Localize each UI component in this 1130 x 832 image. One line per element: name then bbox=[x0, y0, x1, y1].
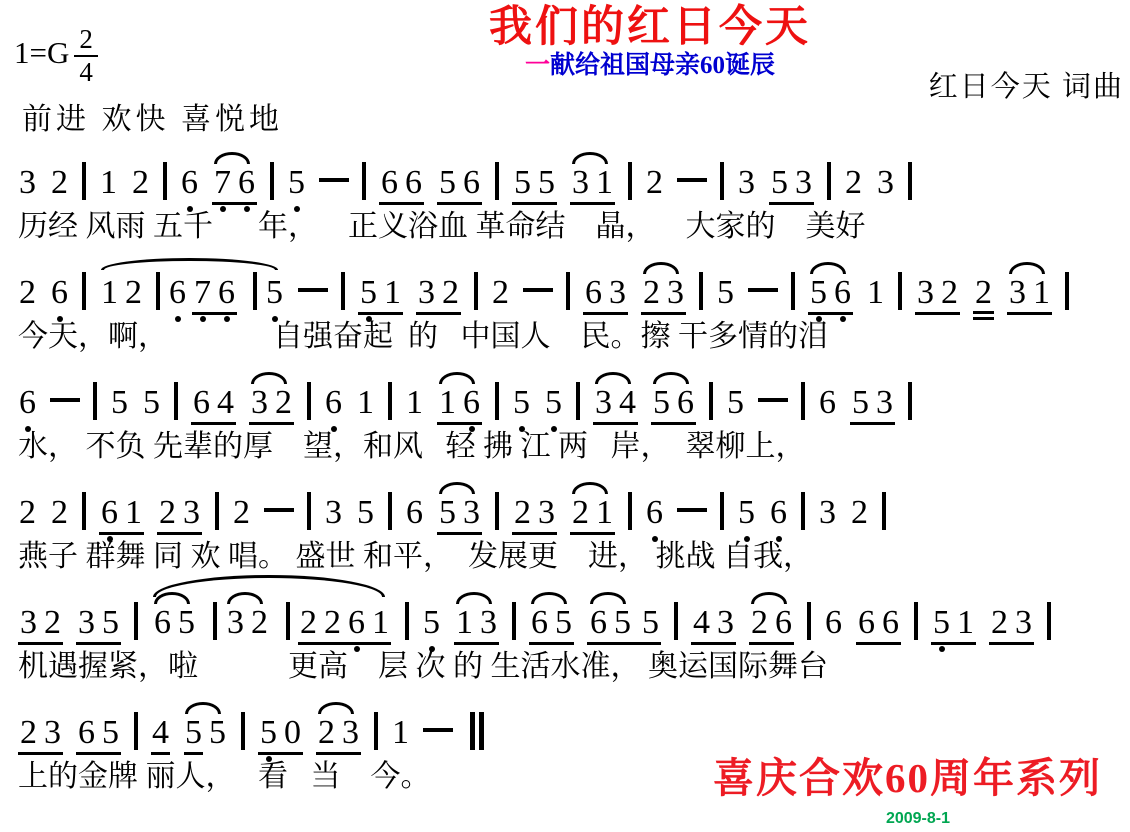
series-title: 喜庆合欢60周年系列 bbox=[713, 745, 1102, 804]
note-group: 53 bbox=[437, 496, 482, 535]
barline bbox=[241, 712, 245, 750]
note: 5 bbox=[287, 166, 306, 200]
barline bbox=[566, 272, 570, 310]
note-group: 655 bbox=[587, 606, 661, 645]
barline bbox=[82, 272, 86, 310]
note: 2 bbox=[323, 606, 342, 640]
barline bbox=[628, 492, 632, 530]
note-group: 76 bbox=[192, 276, 237, 315]
note: 5 bbox=[851, 386, 870, 420]
note: 2 bbox=[232, 496, 251, 530]
note: 6 bbox=[774, 606, 793, 640]
barline bbox=[474, 272, 478, 310]
note-group: 64 bbox=[191, 386, 236, 425]
slur-arc bbox=[643, 262, 679, 274]
slur-arc bbox=[101, 258, 278, 270]
note: 3 bbox=[737, 166, 756, 200]
slur-arc bbox=[751, 592, 787, 604]
note: 3 bbox=[537, 496, 556, 530]
note-group: 65 bbox=[76, 716, 121, 755]
note: 2 bbox=[19, 716, 38, 750]
note-group: 126765 bbox=[99, 272, 285, 315]
note: 1 bbox=[956, 606, 975, 640]
note: 2 bbox=[299, 606, 318, 640]
note: 1 bbox=[371, 606, 390, 640]
music-line-4: 226123235653232165632 bbox=[18, 476, 1130, 533]
barline bbox=[807, 602, 811, 640]
slur-arc bbox=[439, 482, 475, 494]
note: 5 bbox=[554, 606, 573, 640]
slur-arc bbox=[1009, 262, 1045, 274]
barline bbox=[1047, 602, 1051, 640]
note: 2 bbox=[50, 496, 69, 530]
note: 5 bbox=[537, 166, 556, 200]
slur-arc bbox=[531, 592, 567, 604]
note: 5 bbox=[359, 276, 378, 310]
note: 6 bbox=[168, 276, 187, 310]
note: 2 bbox=[18, 496, 37, 530]
barline bbox=[882, 492, 886, 530]
note-group: 32 bbox=[18, 606, 63, 645]
note: 3 bbox=[462, 496, 481, 530]
barline bbox=[253, 272, 257, 310]
duration-dash bbox=[298, 288, 328, 292]
lyric-line-2: 今天，啊， 自强奋起 的 中国人 民。擦 干多情的泪 bbox=[18, 313, 1130, 366]
slur-arc bbox=[572, 482, 608, 494]
note: 4 bbox=[692, 606, 711, 640]
note: 2 bbox=[513, 496, 532, 530]
note: 3 bbox=[571, 166, 590, 200]
note: 3 bbox=[18, 166, 37, 200]
barline bbox=[307, 492, 311, 530]
note-group: 31 bbox=[570, 166, 615, 205]
note-group: 56 bbox=[651, 386, 696, 425]
note: 6 bbox=[237, 166, 256, 200]
note: 3 bbox=[19, 606, 38, 640]
time-signature: 24 bbox=[74, 26, 98, 86]
note: 2 bbox=[158, 496, 177, 530]
note: 1 bbox=[405, 386, 424, 420]
note: 5 bbox=[438, 166, 457, 200]
slur-arc bbox=[318, 702, 354, 714]
note-group: 34 bbox=[593, 386, 638, 425]
barline bbox=[134, 712, 138, 750]
barline bbox=[270, 162, 274, 200]
barline bbox=[674, 602, 678, 640]
slur-arc bbox=[572, 152, 608, 164]
note: 6 bbox=[857, 606, 876, 640]
barline bbox=[908, 382, 912, 420]
barline bbox=[495, 492, 499, 530]
note: 5 bbox=[265, 276, 284, 310]
note: 1 bbox=[356, 386, 375, 420]
date-label: 2009-8-1 bbox=[886, 810, 950, 828]
note: 6 bbox=[462, 166, 481, 200]
note: 2 bbox=[844, 166, 863, 200]
note: 1 bbox=[100, 276, 119, 310]
note: 6 bbox=[324, 386, 343, 420]
key-signature: 1=G24 bbox=[14, 26, 98, 86]
note: 4 bbox=[151, 716, 170, 755]
note-group: 32 bbox=[249, 386, 294, 425]
note: 5 bbox=[208, 716, 227, 750]
barline bbox=[720, 492, 724, 530]
note: 6 bbox=[584, 276, 603, 310]
barline bbox=[628, 162, 632, 200]
note: 2 bbox=[250, 606, 269, 640]
barline bbox=[215, 492, 219, 530]
duration-dash bbox=[423, 728, 453, 732]
note: 5 bbox=[512, 386, 531, 420]
note: 5 bbox=[716, 276, 735, 310]
note: 7 bbox=[213, 166, 232, 200]
note: 3 bbox=[608, 276, 627, 310]
composer-credit: 红日今天 词曲 bbox=[929, 64, 1124, 105]
note: 3 bbox=[250, 386, 269, 420]
note: 5 bbox=[438, 496, 457, 530]
duration-dash bbox=[758, 398, 788, 402]
note-group: 32 bbox=[416, 276, 461, 315]
barline bbox=[82, 492, 86, 530]
note: 6 bbox=[833, 276, 852, 310]
note: 3 bbox=[182, 496, 201, 530]
lyric-line-5: 机遇握紧，啦 更高 层 次 的 生活水准， 奥运国际舞台 bbox=[18, 643, 1130, 696]
barline bbox=[82, 162, 86, 200]
note: 1 bbox=[124, 496, 143, 530]
note: 6 bbox=[77, 716, 96, 750]
note: 2 bbox=[50, 166, 69, 200]
note: 6 bbox=[824, 606, 843, 640]
note: 6 bbox=[404, 166, 423, 200]
note: 6 bbox=[217, 276, 236, 310]
note: 3 bbox=[324, 496, 343, 530]
barline bbox=[388, 492, 392, 530]
note: 3 bbox=[226, 606, 245, 640]
note-group: 55 bbox=[512, 166, 557, 205]
note: 5 bbox=[737, 496, 756, 530]
barline bbox=[374, 712, 378, 750]
note: 7 bbox=[193, 276, 212, 310]
lyric-line-1: 历经 风雨 五千 年， 正义浴血 革命结 晶， 大家的 美好 bbox=[18, 203, 1130, 256]
note-group: 53 bbox=[769, 166, 814, 205]
note-group: 56 bbox=[437, 166, 482, 205]
barline bbox=[801, 492, 805, 530]
final-barline bbox=[466, 712, 484, 757]
music-line-1: 3212676566565531235323 bbox=[18, 146, 1130, 203]
note: 3 bbox=[479, 606, 498, 640]
note-group: 66 bbox=[379, 166, 424, 205]
barline bbox=[388, 382, 392, 420]
note: 6 bbox=[180, 166, 199, 200]
note: 6 bbox=[347, 606, 366, 640]
note: 1 bbox=[1032, 276, 1051, 310]
barline bbox=[898, 272, 902, 310]
note: 1 bbox=[438, 386, 457, 420]
note: 0 bbox=[283, 716, 302, 750]
note: 6 bbox=[50, 276, 69, 310]
note: 3 bbox=[818, 496, 837, 530]
note: 2 bbox=[317, 716, 336, 750]
note: 3 bbox=[77, 606, 96, 640]
slur-arc bbox=[185, 702, 221, 714]
note: 3 bbox=[876, 166, 895, 200]
note-group: 65 bbox=[588, 606, 633, 640]
note: 3 bbox=[794, 166, 813, 200]
note: 6 bbox=[769, 496, 788, 530]
note-group: 21 bbox=[570, 496, 615, 535]
note: 2 bbox=[940, 276, 959, 310]
note: 3 bbox=[1014, 606, 1033, 640]
note: 2 bbox=[274, 386, 293, 420]
slur-arc bbox=[214, 152, 250, 164]
note-group: 23 bbox=[157, 496, 202, 535]
song-title: 我们的红日今天 bbox=[170, 4, 1130, 51]
barline bbox=[709, 382, 713, 420]
note: 2 bbox=[642, 276, 661, 310]
note-group: 61 bbox=[99, 496, 144, 535]
key-label: 1=G bbox=[14, 35, 69, 70]
music-line-2: 26126765513226323556132231 bbox=[18, 256, 1130, 313]
barline bbox=[156, 272, 160, 310]
barline bbox=[163, 162, 167, 200]
note: 5 bbox=[770, 166, 789, 200]
note-group: 55 bbox=[183, 716, 228, 755]
note-group: 66 bbox=[856, 606, 901, 645]
slur-arc bbox=[439, 372, 475, 384]
barline bbox=[307, 382, 311, 420]
note: 2 bbox=[990, 606, 1009, 640]
barline bbox=[405, 602, 409, 640]
duration-dash bbox=[677, 178, 707, 182]
barline bbox=[1065, 272, 1069, 310]
note-group: 13 bbox=[454, 606, 499, 645]
note: 6 bbox=[818, 386, 837, 420]
note-group: 2261 bbox=[298, 606, 391, 645]
barline bbox=[93, 382, 97, 420]
note: 3 bbox=[43, 716, 62, 750]
barline bbox=[495, 382, 499, 420]
lyric-line-4: 燕子 群舞 同 欢 唱。 盛世 和平， 发展更 进， 挑战 自我， bbox=[18, 533, 1130, 586]
note: 3 bbox=[341, 716, 360, 750]
note: 6 bbox=[881, 606, 900, 640]
note-group: 65 bbox=[152, 606, 197, 640]
barline bbox=[134, 602, 138, 640]
note: 5 bbox=[142, 386, 161, 420]
note-group: 76 bbox=[212, 166, 257, 205]
note: 5 bbox=[422, 606, 441, 640]
barline bbox=[286, 602, 290, 640]
note: 6 bbox=[18, 386, 37, 420]
note: 6 bbox=[380, 166, 399, 200]
note: 1 bbox=[391, 716, 410, 750]
note: 1 bbox=[595, 166, 614, 200]
music-line-5: 3235653222615136565543266665123 bbox=[18, 586, 1130, 643]
note: 5 bbox=[809, 276, 828, 310]
note-group: 26 bbox=[749, 606, 794, 645]
note: 1 bbox=[383, 276, 402, 310]
slur-arc bbox=[595, 372, 631, 384]
note: 6 bbox=[676, 386, 695, 420]
sheet-music-page: 1=G24 我们的红日今天 一献给祖国母亲60诞辰 红日今天 词曲 前进 欢快 … bbox=[0, 0, 1130, 832]
barline bbox=[362, 162, 366, 200]
note: 5 bbox=[356, 496, 375, 530]
note: 5 bbox=[101, 716, 120, 750]
note: 1 bbox=[595, 496, 614, 530]
note-group: 50 bbox=[258, 716, 303, 755]
note: 2 bbox=[571, 496, 590, 530]
time-denominator: 4 bbox=[74, 55, 98, 86]
note: 5 bbox=[652, 386, 671, 420]
note: 5 bbox=[641, 606, 660, 640]
note: 5 bbox=[259, 716, 278, 750]
barline bbox=[341, 272, 345, 310]
note: 4 bbox=[618, 386, 637, 420]
note: 3 bbox=[916, 276, 935, 310]
note: 2 bbox=[131, 166, 150, 200]
note: 6 bbox=[100, 496, 119, 530]
duration-dash bbox=[677, 508, 707, 512]
note-group: 65322261 bbox=[151, 602, 392, 645]
note: 6 bbox=[405, 496, 424, 530]
note-group: 23 bbox=[18, 716, 63, 755]
note: 2 bbox=[750, 606, 769, 640]
barline bbox=[801, 382, 805, 420]
note-group: 35 bbox=[76, 606, 121, 645]
note-group: 23 bbox=[641, 276, 686, 315]
note-group: 32 bbox=[915, 276, 960, 315]
subtitle-text: 献给祖国母亲60诞辰 bbox=[550, 52, 775, 79]
note-group: 23 bbox=[512, 496, 557, 535]
music-line-3: 6556432611165534565653 bbox=[18, 366, 1130, 423]
note: 6 bbox=[462, 386, 481, 420]
note: 5 bbox=[544, 386, 563, 420]
note-group: 16 bbox=[437, 386, 482, 425]
slur-arc bbox=[456, 592, 492, 604]
barline bbox=[512, 602, 516, 640]
note: 1 bbox=[99, 166, 118, 200]
duration-dash bbox=[50, 398, 80, 402]
note-group: 65 bbox=[529, 606, 574, 645]
note-group: 53 bbox=[850, 386, 895, 425]
note: 2 bbox=[43, 606, 62, 640]
note: 5 bbox=[184, 716, 203, 755]
header: 1=G24 我们的红日今天 一献给祖国母亲60诞辰 红日今天 词曲 bbox=[0, 0, 1130, 94]
slur-arc bbox=[810, 262, 846, 274]
note-group: 51 bbox=[358, 276, 403, 315]
note: 2 bbox=[850, 496, 869, 530]
slur-arc bbox=[653, 372, 689, 384]
barline bbox=[908, 162, 912, 200]
note: 3 bbox=[716, 606, 735, 640]
barline bbox=[174, 382, 178, 420]
note: 2 bbox=[124, 276, 143, 310]
note: 2 bbox=[645, 166, 664, 200]
note: 2 bbox=[441, 276, 460, 310]
note: 6 bbox=[153, 606, 172, 640]
note-group: 32 bbox=[225, 606, 270, 640]
note-group: 63 bbox=[583, 276, 628, 315]
slur-arc bbox=[251, 372, 287, 384]
barline bbox=[791, 272, 795, 310]
score-body: 3212676566565531235323历经 风雨 五千 年， 正义浴血 革… bbox=[18, 146, 1130, 806]
note: 5 bbox=[101, 606, 120, 640]
note: 3 bbox=[417, 276, 436, 310]
note-group: 56 bbox=[808, 276, 853, 315]
barline bbox=[827, 162, 831, 200]
duration-dash bbox=[748, 288, 778, 292]
barline bbox=[213, 602, 217, 640]
note-group: 2 bbox=[973, 276, 994, 320]
note: 6 bbox=[645, 496, 664, 530]
note: 5 bbox=[177, 606, 196, 640]
duration-dash bbox=[264, 508, 294, 512]
note: 4 bbox=[216, 386, 235, 420]
note: 6 bbox=[530, 606, 549, 640]
barline bbox=[576, 382, 580, 420]
slur-arc bbox=[590, 592, 626, 604]
note: 5 bbox=[513, 166, 532, 200]
note: 5 bbox=[110, 386, 129, 420]
note-group: 31 bbox=[1007, 276, 1052, 315]
note: 3 bbox=[1008, 276, 1027, 310]
note: 5 bbox=[932, 606, 951, 640]
note-group: 23 bbox=[989, 606, 1034, 645]
note: 6 bbox=[589, 606, 608, 640]
duration-dash bbox=[319, 178, 349, 182]
note: 6 bbox=[192, 386, 211, 420]
barline bbox=[699, 272, 703, 310]
duration-dash bbox=[523, 288, 553, 292]
note: 3 bbox=[875, 386, 894, 420]
note: 3 bbox=[594, 386, 613, 420]
note: 1 bbox=[455, 606, 474, 640]
note: 3 bbox=[666, 276, 685, 310]
note: 1 bbox=[866, 276, 885, 310]
note-group: 51 bbox=[931, 606, 976, 645]
barline bbox=[495, 162, 499, 200]
barline bbox=[720, 162, 724, 200]
note: 5 bbox=[613, 606, 632, 640]
barline bbox=[914, 602, 918, 640]
subtitle-dash: 一 bbox=[525, 52, 550, 79]
note: 2 bbox=[18, 276, 37, 310]
note: 2 bbox=[974, 276, 993, 310]
note-group: 23 bbox=[316, 716, 361, 755]
lyric-line-3: 水， 不负 先辈的厚 望，和风 轻 拂 江 两 岸， 翠柳上， bbox=[18, 423, 1130, 476]
time-numerator: 2 bbox=[74, 26, 98, 55]
note: 2 bbox=[491, 276, 510, 310]
note: 5 bbox=[726, 386, 745, 420]
note-group: 43 bbox=[691, 606, 736, 645]
